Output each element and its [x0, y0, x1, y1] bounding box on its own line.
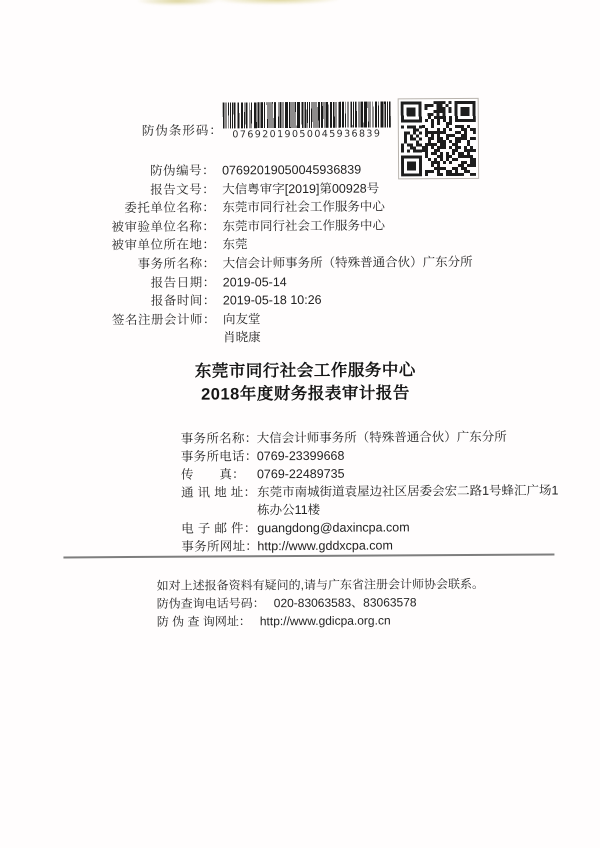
footer-note-block: 如对上述报备资料有疑问的,请与广东省注册会计师协会联系。 防伪查询电话号码：02… — [157, 574, 577, 631]
contact-value: http://www.gddxcpa.com — [257, 535, 561, 555]
field-label: 报备时间： — [0, 292, 216, 312]
barcode-number: 07692019050045936839 — [223, 128, 391, 140]
contact-value: guangdong@daxincpa.com — [257, 517, 561, 537]
scan-content: 防伪条形码： 07692019050045936839 防伪编号：0769201… — [0, 0, 600, 848]
footer-phone-value: 020-83063583、83063578 — [274, 595, 417, 610]
scanned-audit-report-cover: 防伪条形码： 07692019050045936839 防伪编号：0769201… — [0, 0, 600, 848]
field-value: 肖晓康 — [223, 329, 261, 348]
divider-line — [63, 553, 554, 558]
field-label: 防伪编号： — [0, 162, 215, 182]
contact-label: 事务所名称： — [181, 429, 257, 447]
field-value: 2019-05-14 — [223, 273, 287, 292]
field-label — [0, 329, 216, 349]
field-label: 委托单位名称： — [0, 199, 215, 219]
contact-label: 电 子 邮 件： — [181, 519, 257, 537]
field-label: 事务所名称： — [0, 254, 216, 274]
contact-row: 通 讯 地 址：东莞市南城街道袁屋边社区居委会宏二路1号蜂汇广场1栋办公11楼 — [181, 481, 567, 519]
document-title: 东莞市同行社会工作服务中心 2018年度财务报表审计报告 — [5, 358, 600, 407]
field-value: 东莞 — [222, 236, 247, 255]
anti-counterfeit-barcode: 07692019050045936839 — [223, 101, 391, 140]
field-value: 大信会计师事务所（特殊普通合伙）广东分所 — [223, 253, 473, 273]
field-row: 肖晓康 — [0, 327, 600, 349]
firm-contact-fields: 事务所名称：大信会计师事务所（特殊普通合伙）广东分所 事务所电话：0769-23… — [181, 427, 568, 555]
field-value: 大信粤审字[2019]第00928号 — [222, 179, 379, 199]
contact-value: 0769-23399668 — [257, 445, 561, 465]
contact-row: 事务所网址：http://www.gddxcpa.com — [181, 535, 567, 555]
contact-row: 事务所名称：大信会计师事务所（特殊普通合伙）广东分所 — [181, 427, 567, 447]
contact-value: 东莞市南城街道袁屋边社区居委会宏二路1号蜂汇广场1栋办公11楼 — [257, 481, 561, 519]
contact-row: 事务所电话：0769-23399668 — [181, 445, 567, 465]
contact-row: 传 真：0769-22489735 — [181, 463, 567, 483]
barcode-image — [223, 101, 391, 128]
contact-value: 大信会计师事务所（特殊普通合伙）广东分所 — [257, 427, 561, 447]
contact-value: 0769-22489735 — [257, 463, 561, 483]
report-meta-fields: 防伪编号：07692019050045936839 报告文号：大信粤审字[201… — [0, 159, 600, 349]
footer-url-value: http://www.gdicpa.org.cn — [260, 614, 391, 629]
footer-phone-label: 防伪查询电话号码： — [157, 596, 265, 611]
contact-label: 事务所电话： — [181, 447, 257, 465]
footer-url-label: 防 伪 查 询网址： — [157, 615, 251, 630]
field-value: 东莞市同行社会工作服务中心 — [222, 198, 385, 218]
scan-smudge-artifact — [138, 0, 338, 9]
barcode-label: 防伪条形码： — [142, 120, 223, 138]
field-value: 2019-05-18 10:26 — [223, 291, 322, 310]
footer-url-row: 防 伪 查 询网址：http://www.gdicpa.org.cn — [157, 611, 577, 632]
field-value: 07692019050045936839 — [222, 161, 361, 180]
field-value: 向友堂 — [223, 310, 261, 329]
contact-label: 传 真： — [181, 465, 257, 483]
contact-label: 事务所网址： — [181, 537, 257, 555]
field-value: 东莞市同行社会工作服务中心 — [222, 216, 385, 236]
field-label: 被审验单位名称： — [0, 217, 215, 237]
field-label: 被审单位所在地： — [0, 236, 216, 256]
field-label: 报告日期： — [0, 273, 216, 293]
doc-title-line2: 2018年度财务报表审计报告 — [5, 381, 600, 407]
field-label: 签名注册会计师： — [0, 310, 216, 330]
field-label: 报告文号： — [0, 180, 215, 200]
contact-row: 电 子 邮 件：guangdong@daxincpa.com — [181, 517, 567, 537]
contact-label: 通 讯 地 址： — [181, 483, 257, 519]
